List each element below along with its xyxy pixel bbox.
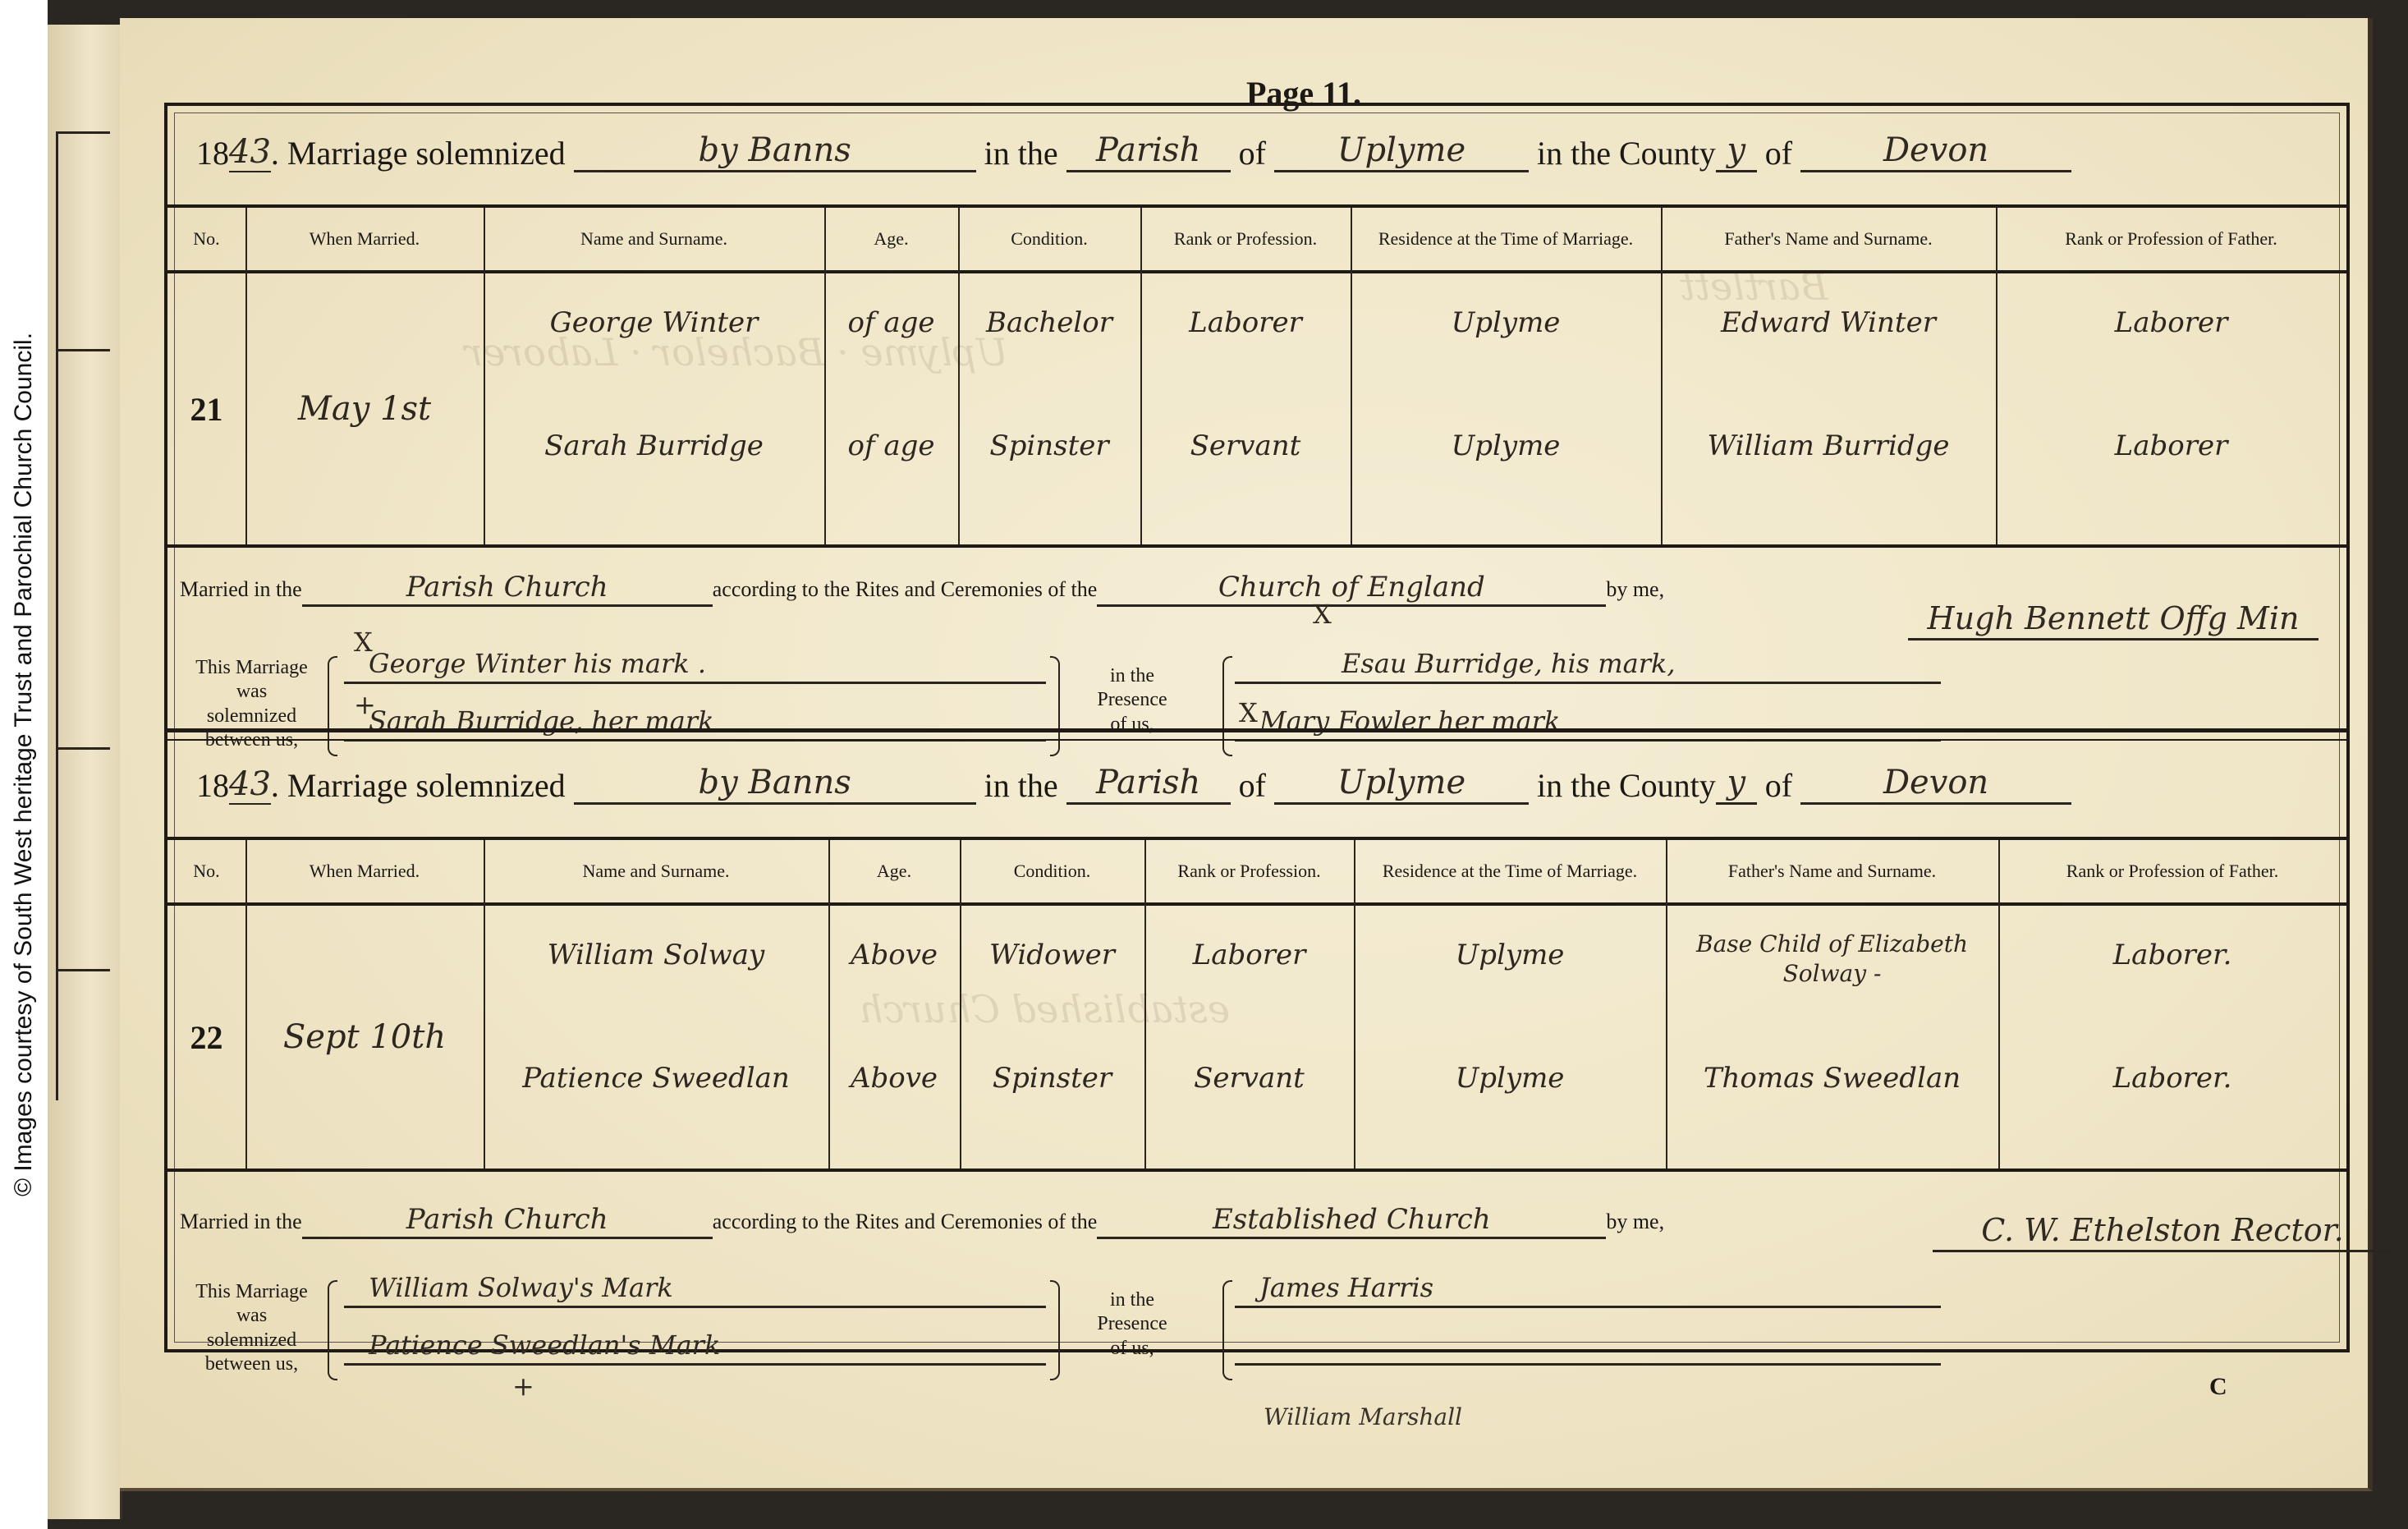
witness-signature-line: James Harris (1235, 1272, 1941, 1308)
married-in-line: Married in theParish Churchaccording to … (180, 1202, 1664, 1239)
col-no: No. (167, 840, 245, 902)
year-prefix: 18 (196, 134, 229, 172)
right-brace (1050, 1280, 1060, 1380)
county-value: Devon (1883, 763, 1988, 802)
bride-residence: Uplyme (1351, 405, 1661, 487)
label-line: This Marriage (180, 1280, 323, 1304)
bride-name: Patience Sweedlan (484, 1037, 828, 1119)
groom-condition: Widower (960, 914, 1144, 996)
entry-heading: 1843. Marriage solemnized by Banns in th… (196, 763, 2071, 805)
groom-name: William Solway (484, 914, 828, 996)
label-line: was (180, 1304, 323, 1328)
groom-father-rank: Laborer. (1998, 914, 2346, 996)
label-line: This Marriage (180, 656, 323, 680)
solemnized-by-value: by Banns (699, 763, 851, 802)
year-suffix: 43 (229, 133, 271, 172)
solemnized-by-field: by Banns (574, 131, 976, 172)
prev-page-border (56, 131, 116, 1100)
groom-father-name: Edward Winter (1661, 282, 1996, 364)
witness-signature-line (1235, 1329, 1941, 1366)
married-in-line: Married in theParish Churchaccording to … (180, 570, 1664, 607)
groom-father-name: Base Child of Elizabeth Solway - (1666, 906, 1998, 1012)
column-rule (1354, 840, 1355, 1169)
col-father-rank: Rank or Profession of Father. (1996, 208, 2346, 270)
col-no: No. (167, 208, 245, 270)
col-father-name: Father's Name and Surname. (1661, 208, 1996, 270)
marriage-register: 1843. Marriage solemnized by Banns in th… (164, 103, 2350, 1352)
column-rule (828, 840, 830, 1169)
parish-field: Uplyme (1274, 131, 1529, 172)
year-suffix: 43 (229, 765, 271, 805)
officiant-signature-line: Hugh Bennett Offg Min (1908, 599, 2319, 641)
column-rule (1144, 840, 1146, 1169)
column-rule (824, 208, 826, 544)
groom-rank: Laborer (1144, 914, 1354, 996)
col-age: Age. (824, 208, 958, 270)
marriage-entry-21: 1843. Marriage solemnized by Banns in th… (167, 106, 2346, 726)
label-by-me: by me, (1606, 577, 1664, 601)
bride-condition: Spinster (958, 405, 1140, 487)
county-field: Devon (1800, 131, 2071, 172)
entry-heading: 1843. Marriage solemnized by Banns in th… (196, 131, 2071, 172)
label-in-presence: in the Presence of us, (1075, 1288, 1190, 1361)
label-line: Presence (1075, 688, 1190, 712)
parish-value: Uplyme (1337, 763, 1465, 802)
groom-age: of age (824, 282, 958, 364)
bride-residence: Uplyme (1354, 1037, 1666, 1119)
column-rule (1661, 208, 1663, 544)
bride-age: of age (824, 405, 958, 487)
officiant-signature: Hugh Bennett Offg Min (1928, 599, 2300, 638)
groom-condition: Bachelor (958, 282, 1140, 364)
solemnized-by-value: by Banns (699, 131, 851, 170)
parish-type-value: Parish (1096, 131, 1200, 170)
witness-1-signature: Esau Burridge, his mark, (1259, 645, 1676, 682)
parish-field: Uplyme (1274, 763, 1529, 805)
entry-table: No. When Married. Name and Surname. Age.… (167, 837, 2346, 1169)
groom-signature: George Winter his mark . (369, 645, 706, 682)
label-marriage-solemnized: . Marriage solemnized (271, 766, 566, 805)
rites-value: Established Church (1213, 1203, 1491, 1236)
table-header: No. When Married. Name and Surname. Age.… (167, 208, 2346, 273)
entry-table: No. When Married. Name and Surname. Age.… (167, 204, 2346, 544)
extra-witness-signature: William Marshall (1264, 1403, 1462, 1430)
rites-field: Established Church (1097, 1202, 1606, 1239)
groom-signature: William Solway's Mark (369, 1270, 673, 1306)
column-rule (1351, 208, 1352, 544)
label-marriage-solemnized: . Marriage solemnized (271, 134, 566, 172)
copyright-credit: © Images courtesy of South West heritage… (10, 333, 38, 1196)
label-in-the-county: in the County (1537, 766, 1716, 805)
married-in-value: Parish Church (406, 571, 608, 604)
when-married: Sept 10th (245, 906, 484, 1169)
groom-age: Above (828, 914, 960, 996)
bride-father-name: Thomas Sweedlan (1666, 1037, 1998, 1119)
rites-field: Church of England (1097, 570, 1606, 607)
label-according-to: according to the Rites and Ceremonies of… (713, 1210, 1098, 1233)
col-father-name: Father's Name and Surname. (1666, 840, 1998, 902)
married-in-field: Parish Church (302, 1202, 713, 1239)
label-line: solemnized (180, 1329, 323, 1352)
groom-rank: Laborer (1140, 282, 1351, 364)
column-rule (958, 208, 960, 544)
label-in-the-county: in the County (1537, 134, 1716, 172)
label-in-presence: in the Presence of us, (1075, 664, 1190, 737)
column-rule (484, 840, 485, 1169)
groom-name: George Winter (484, 282, 824, 364)
county-suffix: y (1716, 131, 1757, 172)
label-by-me: by me, (1606, 1210, 1664, 1233)
entry-number: 22 (167, 906, 245, 1169)
label-married-in: Married in the (180, 1210, 302, 1233)
entry-number: 21 (167, 273, 245, 544)
county-field: Devon (1800, 763, 2071, 805)
party-mark: + (512, 1371, 534, 1402)
bride-rank: Servant (1140, 405, 1351, 487)
previous-page-edge (48, 25, 122, 1519)
label-married-in: Married in the (180, 577, 302, 601)
bride-name: Sarah Burridge (484, 405, 824, 487)
groom-residence: Uplyme (1351, 282, 1661, 364)
column-rule (960, 840, 961, 1169)
col-name: Name and Surname. (484, 208, 824, 270)
label-line: in the (1075, 664, 1190, 688)
solemnized-by-field: by Banns (574, 763, 976, 805)
officiant-signature: C. W. Ethelston Rector. (1981, 1210, 2343, 1250)
column-rule (1996, 208, 1997, 544)
label-in-the: in the (984, 134, 1058, 172)
col-residence: Residence at the Time of Marriage. (1351, 208, 1661, 270)
label-of: of (1765, 134, 1792, 172)
parish-type-value: Parish (1096, 763, 1200, 802)
label-according-to: according to the Rites and Ceremonies of… (713, 577, 1098, 601)
when-married: May 1st (245, 273, 484, 544)
married-in-value: Parish Church (406, 1203, 608, 1236)
married-in-field: Parish Church (302, 570, 713, 607)
col-when-married: When Married. (245, 840, 484, 902)
year-prefix: 18 (196, 766, 229, 805)
groom-residence: Uplyme (1354, 914, 1666, 996)
label-this-marriage: This Marriage was solemnized between us, (180, 1280, 323, 1376)
label-in-the: in the (984, 766, 1058, 805)
col-father-rank: Rank or Profession of Father. (1998, 840, 2346, 902)
col-condition: Condition. (958, 208, 1140, 270)
marriage-entry-22: 1843. Marriage solemnized by Banns in th… (167, 738, 2346, 1354)
col-rank: Rank or Profession. (1144, 840, 1354, 902)
label-line: in the (1075, 1288, 1190, 1312)
rites-value: Church of England (1218, 571, 1485, 604)
witness-signature-line: Esau Burridge, his mark, (1235, 648, 1941, 684)
col-rank: Rank or Profession. (1140, 208, 1351, 270)
register-page: Uplyme · Bachelor · Laborer Bartlett est… (120, 18, 2373, 1491)
label-line: was (180, 680, 323, 704)
label-line: Presence (1075, 1312, 1190, 1336)
bride-rank: Servant (1144, 1037, 1354, 1119)
label-of: of (1239, 134, 1266, 172)
parish-type-field: Parish (1066, 131, 1231, 172)
county-value: Devon (1883, 131, 1988, 170)
col-when-married: When Married. (245, 208, 484, 270)
column-rule (484, 208, 485, 544)
party-signature-line: George Winter his mark . (344, 648, 1046, 684)
bride-condition: Spinster (960, 1037, 1144, 1119)
witness-mark: X (1313, 599, 1332, 630)
label-of: of (1765, 766, 1792, 805)
table-bottom-rule (167, 544, 2346, 548)
label-line: between us, (180, 1352, 323, 1376)
bride-father-name: William Burridge (1661, 405, 1996, 487)
bride-father-rank: Laborer. (1998, 1037, 2346, 1119)
column-rule (1140, 208, 1142, 544)
county-suffix: y (1716, 763, 1757, 805)
column-rule (1998, 840, 2000, 1169)
col-residence: Residence at the Time of Marriage. (1354, 840, 1666, 902)
label-of: of (1239, 766, 1266, 805)
witness-1-signature: James Harris (1259, 1270, 1433, 1306)
table-header: No. When Married. Name and Surname. Age.… (167, 840, 2346, 906)
left-brace (328, 1280, 337, 1380)
col-age: Age. (828, 840, 960, 902)
officiant-signature-line: C. W. Ethelston Rector. (1933, 1210, 2392, 1252)
label-line: of us, (1075, 1337, 1190, 1361)
party-signature-line: Patience Sweedlan's Mark (344, 1329, 1046, 1366)
bride-signature: Patience Sweedlan's Mark (369, 1327, 720, 1363)
table-bottom-rule (167, 1169, 2346, 1172)
groom-father-rank: Laborer (1996, 282, 2346, 364)
party-signature-line: William Solway's Mark (344, 1272, 1046, 1308)
left-brace (1222, 1280, 1232, 1380)
bride-age: Above (828, 1037, 960, 1119)
col-condition: Condition. (960, 840, 1144, 902)
label-line: solemnized (180, 705, 323, 728)
col-name: Name and Surname. (484, 840, 828, 902)
parish-type-field: Parish (1066, 763, 1231, 805)
bride-father-rank: Laborer (1996, 405, 2346, 487)
sheet-signature-mark: C (2209, 1373, 2227, 1401)
parish-value: Uplyme (1337, 131, 1465, 170)
credit-strip: © Images courtesy of South West heritage… (0, 0, 48, 1529)
